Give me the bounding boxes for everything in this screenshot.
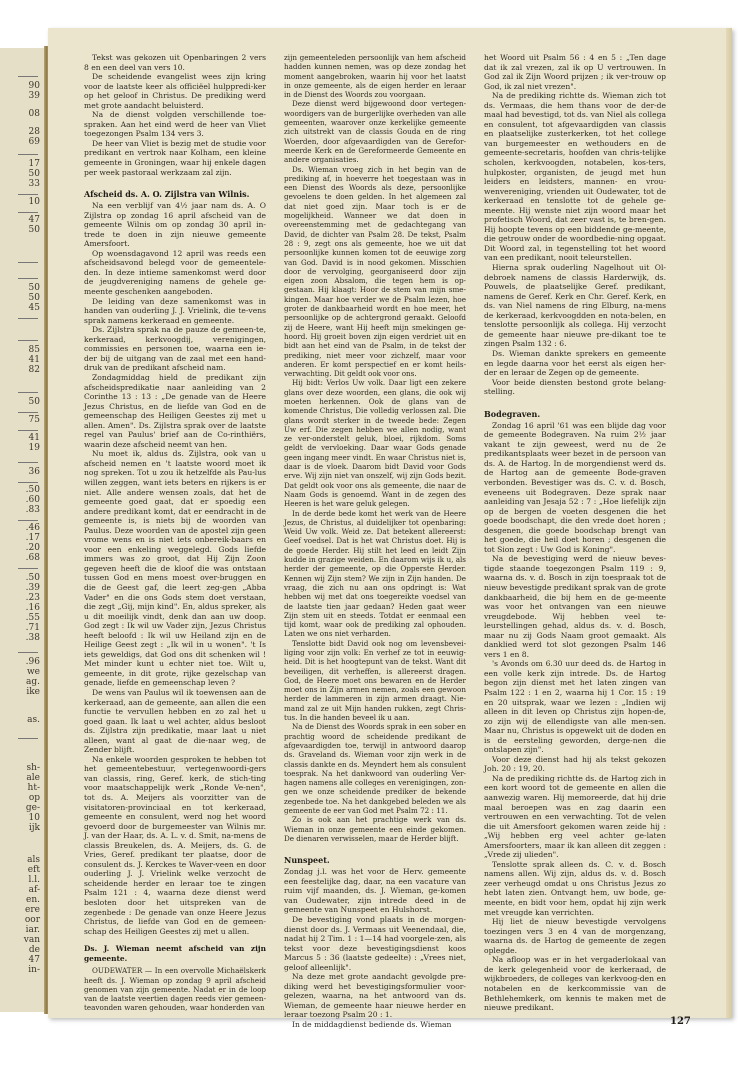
article-paragraph: Ds. Wieman vroeg zich in het begin van d… xyxy=(284,165,466,379)
article-paragraph: OUDEWATER — In een overvolle Michaëlsker… xyxy=(84,966,266,1012)
margin-fragment: ge- xyxy=(26,803,40,813)
article-paragraph: Na afloop was er in het vergaderlokaal v… xyxy=(484,955,666,1012)
article-paragraph: Na de prediking richtte ds. de Hartog zi… xyxy=(484,774,666,860)
article-paragraph: Tenslotte sprak alleen ds. C. v. d. Bosc… xyxy=(484,860,666,917)
margin-fragment: .17 xyxy=(26,533,40,543)
article-paragraph: De heer van Vliet is bezig met de studie… xyxy=(84,139,266,177)
margin-fragment: 10 xyxy=(29,813,40,823)
table-rule xyxy=(18,652,38,653)
article-paragraph: Na deze met grote aandacht gevolgde pre-… xyxy=(284,972,466,1020)
margin-fragment: 50 xyxy=(29,169,40,179)
article-paragraph: Na de dienst volgden verschillende toe-s… xyxy=(84,110,266,139)
margin-fragment: .60 xyxy=(26,495,40,505)
margin-fragment: .50 xyxy=(26,573,40,583)
margin-fragment: .23 xyxy=(26,593,40,603)
margin-fragment: .55 xyxy=(26,613,40,623)
table-rule xyxy=(18,482,38,483)
table-rule xyxy=(18,262,38,263)
table-rule xyxy=(18,212,38,213)
margin-fragment: 85 xyxy=(29,345,40,355)
margin-fragment: als xyxy=(27,855,40,865)
article-paragraph: De scheidende evangelist wees zijn kring… xyxy=(84,72,266,110)
article-paragraph: Hij bidt: Verlos Uw volk. Daar ligt een … xyxy=(284,378,466,508)
table-rule xyxy=(18,520,38,521)
table-rule xyxy=(18,318,38,319)
margin-fragment: ike xyxy=(26,687,40,697)
margin-fragment: we xyxy=(27,667,40,677)
article-paragraph: Na de bevestiging werd de nieuw beves-ti… xyxy=(484,554,666,659)
margin-fragment: van xyxy=(24,935,40,945)
column-middle: zijn gemeenteleden persoonlijk van hem a… xyxy=(284,53,466,1030)
article-paragraph: Deze dienst werd bijgewoond door vertege… xyxy=(284,99,466,164)
article-paragraph: het Woord uit Psalm 56 : 4 en 5 : „Ten d… xyxy=(484,53,666,91)
margin-fragment: eft xyxy=(28,865,40,875)
margin-fragment: 47 xyxy=(29,215,40,225)
margin-fragment: 41 xyxy=(29,355,40,365)
article-paragraph: Na de Dienst des Woords sprak in een sob… xyxy=(284,722,466,815)
margin-fragment: 47 xyxy=(29,955,40,965)
table-rule xyxy=(18,738,38,739)
table-rule xyxy=(18,462,38,463)
table-rule xyxy=(18,194,38,195)
table-rule xyxy=(18,392,38,393)
article-paragraph: Zondag j.l. was het voor de Herv. gemeen… xyxy=(284,867,466,915)
margin-fragment: ht- xyxy=(28,783,40,793)
article-paragraph: Zo is ook aan het prachtige werk van ds.… xyxy=(284,815,466,843)
article-paragraph: 's Avonds om 6.30 uur deed ds. de Hartog… xyxy=(484,659,666,754)
article-paragraph: Op woensdagavond 12 april was reeds een … xyxy=(84,249,266,297)
margin-fragment: 39 xyxy=(29,91,40,101)
margin-fragment: .16 xyxy=(26,603,40,613)
article-paragraph: Voor deze dienst had hij als tekst gekoz… xyxy=(484,755,666,774)
article-paragraph: Zondag 16 april '61 was een blijde dag v… xyxy=(484,421,666,555)
margin-fragment: .50 xyxy=(26,485,40,495)
margin-fragment: 10 xyxy=(29,197,40,207)
margin-fragment: 36 xyxy=(29,467,40,477)
article-paragraph: In de middagdienst bediende ds. Wieman xyxy=(284,1020,466,1030)
article-paragraph: Zondagmiddag hield de predikant zijn afs… xyxy=(84,373,266,449)
margin-fragment: iar. xyxy=(26,925,40,935)
page-number: 127 xyxy=(670,1016,691,1027)
margin-fragment: .46 xyxy=(26,523,40,533)
article-paragraph: In de derde bede komt het werk van de He… xyxy=(284,509,466,639)
margin-fragment: de xyxy=(29,945,40,955)
table-rule xyxy=(18,412,38,413)
margin-fragment: 50 xyxy=(29,225,40,235)
margin-fragment: .68 xyxy=(26,553,40,563)
article-paragraph: Tenslotte bidt David ook nog om levensbe… xyxy=(284,639,466,723)
margin-fragment: ijk xyxy=(29,823,40,833)
margin-fragment: 19 xyxy=(29,443,40,453)
margin-fragment: oor xyxy=(25,915,40,925)
table-rule xyxy=(18,568,38,569)
article-paragraph: Ds. Wieman dankte sprekers en gemeente e… xyxy=(484,349,666,378)
margin-fragment: in- xyxy=(28,965,40,975)
article-paragraph: zijn gemeenteleden persoonlijk van hem a… xyxy=(284,53,466,99)
page-edge xyxy=(726,28,732,1018)
margin-fragment: 75 xyxy=(29,415,40,425)
margin-fragment: 41 xyxy=(29,433,40,443)
margin-fragment: 33 xyxy=(29,179,40,189)
margin-fragment: .38 xyxy=(26,633,40,643)
margin-fragment: 90 xyxy=(29,81,40,91)
margin-fragment: .96 xyxy=(26,657,40,667)
article-paragraph: Na een verblijf van 4½ jaar nam ds. A. O… xyxy=(84,201,266,249)
margin-fragment: op xyxy=(29,793,40,803)
article-paragraph: De leiding van deze samenkomst was in ha… xyxy=(84,297,266,326)
margin-fragment: ag. xyxy=(26,677,40,687)
margin-fragment: 82 xyxy=(29,365,40,375)
article-paragraph: De wens van Paulus wil ik toewensen aan … xyxy=(84,688,266,755)
margin-fragment: sh- xyxy=(27,763,40,773)
margin-fragment: as. xyxy=(27,715,40,725)
margin-fragment: af- xyxy=(29,885,40,895)
margin-fragment: .39 xyxy=(26,583,40,593)
margin-fragment: 17 xyxy=(29,159,40,169)
table-rule xyxy=(18,430,38,431)
article-paragraph: Voor beide diensten bestond grote belang… xyxy=(484,378,666,397)
margin-fragment: ale xyxy=(26,773,40,783)
previous-page-strip: 9039082869175033104750505045854182507541… xyxy=(0,48,46,1012)
column-right: het Woord uit Psalm 56 : 4 en 5 : „Ten d… xyxy=(484,53,666,1013)
column-left: Tekst was gekozen uit Openbaringen 2 ver… xyxy=(84,53,266,1013)
article-paragraph: Ds. Zijlstra sprak na de pauze de gemeen… xyxy=(84,325,266,373)
margin-fragment: 08 xyxy=(29,109,40,119)
article-paragraph: Na enkele woorden gesproken te hebben to… xyxy=(84,755,266,936)
article-paragraph: Na de prediking richtte ds. Wieman zich … xyxy=(484,91,666,263)
article-paragraph: Nu moet ik, aldus ds. Zijlstra, ook van … xyxy=(84,449,266,688)
previous-page-fragments: 9039082869175033104750505045854182507541… xyxy=(0,48,44,1012)
margin-fragment: 50 xyxy=(29,397,40,407)
table-rule xyxy=(18,278,38,279)
article-paragraph: Hierna sprak ouderling Nagelhout uit Ol-… xyxy=(484,263,666,349)
article-heading: Bodegraven. xyxy=(484,409,666,419)
table-rule xyxy=(18,340,38,341)
article-heading: Nunspeet. xyxy=(284,855,466,865)
article-paragraph: De bevestiging vond plaats in de morgen-… xyxy=(284,915,466,972)
margin-fragment: .83 xyxy=(26,505,40,515)
article-paragraph: Tekst was gekozen uit Openbaringen 2 ver… xyxy=(84,53,266,72)
margin-fragment: en. xyxy=(26,895,40,905)
table-rule xyxy=(18,76,38,77)
margin-fragment: .71 xyxy=(26,623,40,633)
article-heading: Afscheid ds. A. O. Zijlstra van Wilnis. xyxy=(84,189,266,199)
margin-fragment: 45 xyxy=(29,303,40,313)
margin-fragment: l.l. xyxy=(29,875,40,885)
margin-fragment: 50 xyxy=(29,283,40,293)
margin-fragment: .20 xyxy=(26,543,40,553)
margin-fragment: 28 xyxy=(29,127,40,137)
article-heading: Ds. J. Wieman neemt afscheid van zijn ge… xyxy=(84,944,266,964)
table-rule xyxy=(18,154,38,155)
article-paragraph: Hij liet de nieuw bevestigde vervolgens … xyxy=(484,917,666,955)
margin-fragment: 69 xyxy=(29,137,40,147)
margin-fragment: ere xyxy=(25,905,40,915)
margin-fragment: 50 xyxy=(29,293,40,303)
